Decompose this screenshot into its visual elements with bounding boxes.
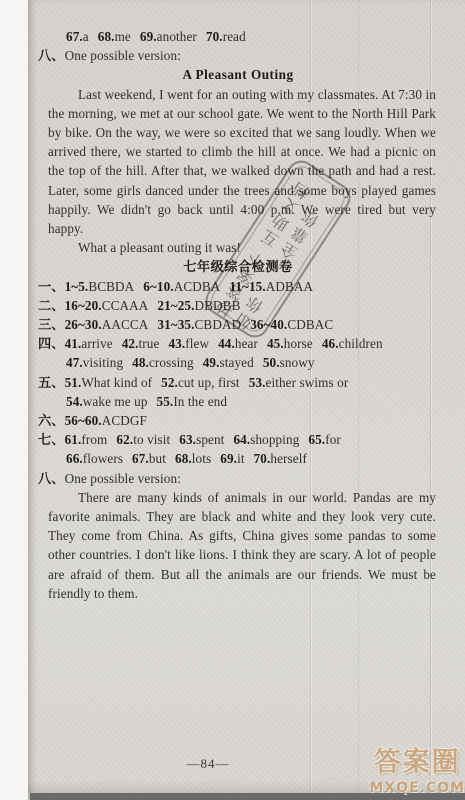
site-watermark: 答案圈 MXQE.COM xyxy=(369,740,465,796)
answer-line: 47.visiting48.crossing49.stayed50.snowy xyxy=(38,353,438,372)
answer-item: 54.wake me up xyxy=(66,394,148,409)
answer-number: 56~60. xyxy=(65,413,102,428)
answer-number: 51. xyxy=(65,375,82,390)
section-ordinal: 一、 xyxy=(38,279,65,294)
answer-item: 41.arrive xyxy=(65,336,113,351)
answer-number: 61. xyxy=(65,432,82,447)
answer-number: 41. xyxy=(65,336,82,351)
answer-number: 66. xyxy=(66,451,83,466)
answer-line: 六、56~60.ACDGF xyxy=(38,411,438,430)
section-ordinal: 六、 xyxy=(38,413,65,428)
answer-item: 49.stayed xyxy=(203,355,254,370)
answer-number: 52. xyxy=(161,375,178,390)
page-number: —84— xyxy=(168,756,248,772)
answer-item: 1~5.BCBDA xyxy=(65,279,135,294)
answer-item: 50.snowy xyxy=(263,355,315,370)
section-ordinal: 二、 xyxy=(38,298,65,313)
answer-item: 69.another xyxy=(140,29,197,44)
answer-item: 65.for xyxy=(308,432,340,447)
answer-number: 6~10. xyxy=(143,279,173,294)
answer-item: 64.shopping xyxy=(233,432,299,447)
answer-item: 42.true xyxy=(122,336,160,351)
answer-item: 62.to visit xyxy=(116,432,170,447)
section-ordinal: 八、 xyxy=(38,48,65,63)
answer-number: 43. xyxy=(168,336,185,351)
section-ordinal: 五、 xyxy=(38,375,65,390)
section-ordinal: 四、 xyxy=(38,336,65,351)
answer-number: 1~5. xyxy=(65,279,89,294)
section-label-line: 八、One possible version: xyxy=(38,46,438,65)
answer-item: 68.me xyxy=(98,29,131,44)
answer-item: 46.children xyxy=(322,336,383,351)
answer-number: 63. xyxy=(179,432,196,447)
answer-number: 68. xyxy=(98,29,115,44)
answer-item: 47.visiting xyxy=(66,355,123,370)
answer-line: 67.a68.me69.another70.read xyxy=(38,27,438,46)
answer-number: 42. xyxy=(122,336,139,351)
section-label-line: 八、One possible version: xyxy=(38,469,438,488)
essay-paragraph: There are many kinds of animals in our w… xyxy=(48,488,436,603)
answer-item: 68.lots xyxy=(175,451,211,466)
answer-number: 48. xyxy=(132,355,149,370)
answer-number: 16~20. xyxy=(65,298,102,313)
answer-number: 21~25. xyxy=(157,298,194,313)
answer-item: 44.hear xyxy=(218,336,258,351)
answer-item: 63.spent xyxy=(179,432,224,447)
answer-item: 43.flew xyxy=(168,336,209,351)
answer-number: 49. xyxy=(203,355,220,370)
answer-number: 31~35. xyxy=(157,317,194,332)
section-ordinal: 八、 xyxy=(38,471,65,486)
answer-number: 69. xyxy=(140,29,157,44)
answer-item: 52.cut up, first xyxy=(161,375,240,390)
centered-title: A Pleasant Outing xyxy=(38,65,438,84)
answer-number: 69. xyxy=(220,451,237,466)
answer-item: 26~30.AACCA xyxy=(65,317,149,332)
answer-item: 70.herself xyxy=(254,451,307,466)
answer-site-logo: 答案圈 xyxy=(369,740,465,779)
answer-number: 67. xyxy=(132,451,149,466)
answer-number: 68. xyxy=(175,451,192,466)
answer-number: 47. xyxy=(66,355,83,370)
answer-number: 26~30. xyxy=(65,317,102,332)
answer-item: 16~20.CCAAA xyxy=(65,298,149,313)
section-ordinal: 三、 xyxy=(38,317,65,332)
answer-item: 55.In the end xyxy=(157,394,228,409)
answer-number: 53. xyxy=(249,375,266,390)
answer-number: 65. xyxy=(308,432,325,447)
answer-line: 54.wake me up55.In the end xyxy=(38,392,438,411)
answer-line: 66.flowers67.but68.lots69.it70.herself xyxy=(38,449,438,468)
answer-item: 69.it xyxy=(220,451,244,466)
answer-item: 70.read xyxy=(206,29,246,44)
answer-number: 46. xyxy=(322,336,339,351)
answer-site-url: MXQE.COM xyxy=(369,780,465,796)
answer-item: 66.flowers xyxy=(66,451,123,466)
answer-number: 62. xyxy=(116,432,133,447)
scanned-page: 67.a68.me69.another70.read八、One possible… xyxy=(0,0,465,800)
answer-number: 67. xyxy=(66,29,83,44)
answer-line: 五、51.What kind of52.cut up, first53.eith… xyxy=(38,373,438,392)
answer-line: 七、61.from62.to visit63.spent64.shopping6… xyxy=(38,430,438,449)
answer-number: 54. xyxy=(66,394,83,409)
answer-item: 53.either swims or xyxy=(249,375,349,390)
answer-item: 51.What kind of xyxy=(65,375,153,390)
answer-number: 44. xyxy=(218,336,235,351)
answer-item: 61.from xyxy=(65,432,108,447)
answer-item: 67.but xyxy=(132,451,166,466)
answer-number: 70. xyxy=(254,451,271,466)
answer-item: 45.horse xyxy=(267,336,313,351)
answer-number: 55. xyxy=(157,394,174,409)
section-ordinal: 七、 xyxy=(38,432,65,447)
essay-paragraph: Last weekend, I went for an outing with … xyxy=(48,85,436,239)
answer-line: 四、41.arrive42.true43.flew44.hear45.horse… xyxy=(38,334,438,353)
answer-item: 48.crossing xyxy=(132,355,194,370)
answer-number: 70. xyxy=(206,29,223,44)
answer-number: 45. xyxy=(267,336,284,351)
answer-item: 56~60.ACDGF xyxy=(65,413,147,428)
answer-item: 67.a xyxy=(66,29,89,44)
answer-number: 64. xyxy=(233,432,250,447)
answer-number: 50. xyxy=(263,355,280,370)
